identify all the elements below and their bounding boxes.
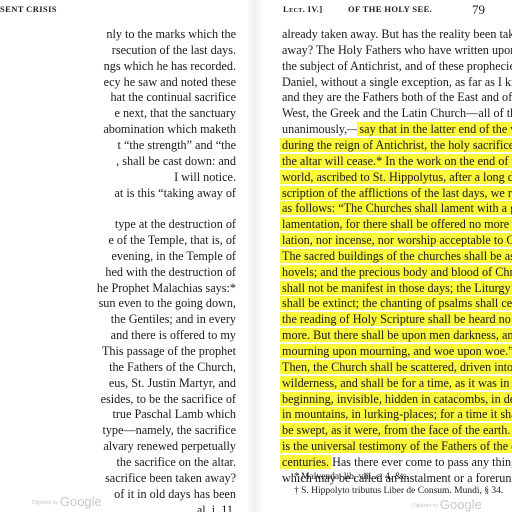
right-page: Lect. IV.] OF THE HOLY SEE. 79 already t… [262, 0, 512, 512]
highlighted-text: beginning, invisible, hidden in catacomb… [280, 392, 512, 406]
highlighted-text: the reading of Holy Scripture shall be h… [280, 312, 512, 326]
highlighted-text: lamentation, for there shall be offered … [280, 217, 512, 231]
highlighted-text: in mountains, in lurking-places; for a t… [280, 407, 512, 421]
highlighted-text: wilderness, and shall be for a time, as … [280, 376, 512, 390]
text-segment: Daniel, without a single exception, as f… [282, 75, 512, 89]
text-line: the Fathers of the Church, [109, 359, 236, 375]
google-watermark-left: Digitized byGoogle [32, 494, 102, 509]
highlighted-text: more. But there shall be upon men darkne… [280, 328, 512, 342]
text-line: Daniel, without a single exception, as f… [282, 74, 500, 90]
text-segment: Has there ever come to pass any thing [329, 455, 512, 469]
text-line: during the reign of Antichrist, the holy… [282, 137, 500, 153]
text-line: scription of the afflictions of the last… [282, 185, 500, 201]
text-line: I will notice. [174, 169, 236, 185]
text-line: esides, to be the sacrifice of [101, 391, 236, 407]
text-line: alvary renewed perpetually [103, 438, 236, 454]
text-line: shall be extinct; the chanting of psalms… [282, 295, 500, 311]
text-line: lamentation, for there shall be offered … [282, 216, 500, 232]
text-line: in mountains, in lurking-places; for a t… [282, 406, 500, 422]
text-line: be swept, as it were, from the face of t… [282, 422, 500, 438]
highlighted-text: is the universal testimony of the Father… [280, 439, 512, 453]
highlighted-text: shall not be manifest in those days; the… [280, 281, 512, 295]
text-line: shall not be manifest in those days; the… [282, 280, 500, 296]
text-line: e next, that the sanctuary [115, 105, 237, 121]
highlighted-text: The sacred buildings of the churches sha… [280, 249, 512, 263]
text-line: world, ascribed to St. Hippolytus, after… [282, 169, 500, 185]
text-line: hat the continual sacrifice [110, 89, 236, 105]
text-line: away? The Holy Fathers who have written … [282, 42, 500, 58]
text-line: rsecution of the last days. [112, 42, 236, 58]
text-segment: already taken away. But has the reality … [282, 27, 512, 41]
text-line: of it in old days has been [114, 486, 236, 502]
text-line: unanimously,—say that in the latter end … [282, 121, 500, 137]
highlighted-text: lation, nor incense, nor worship accepta… [280, 233, 512, 247]
text-line: This passage of the prophet [102, 343, 236, 359]
book-gutter [248, 0, 262, 512]
highlighted-text: mourning upon mourning, and woe upon woe… [280, 344, 512, 358]
text-line: more. But there shall be upon men darkne… [282, 327, 500, 343]
highlighted-text: say that in the latter end of the world, [357, 122, 512, 136]
text-line: eus, St. Justin Martyr, and [109, 375, 236, 391]
text-segment: and they are the Fathers both of the Eas… [282, 90, 512, 104]
google-watermark-right: Digitized byGoogle [412, 497, 482, 512]
highlighted-text: during the reign of Antichrist, the holy… [280, 138, 512, 152]
text-line: is the universal testimony of the Father… [282, 438, 500, 454]
text-line: ecy he saw and noted these [104, 74, 236, 90]
highlighted-text: shall be extinct; the chanting of psalms… [280, 296, 512, 310]
lecture-header: Lect. IV.] [283, 4, 323, 14]
text-line: , shall be cast down: and [116, 153, 236, 169]
text-line: and they are the Fathers both of the Eas… [282, 89, 500, 105]
text-line: evening, in the Temple of [112, 248, 237, 264]
text-line: e of the Temple, that is, of [108, 232, 236, 248]
text-line: already taken away. But has the reality … [282, 26, 500, 42]
text-line: at is this “taking away of [114, 185, 236, 201]
text-line: lation, nor incense, nor worship accepta… [282, 232, 500, 248]
highlighted-text: as follows: “The Churches shall lament w… [280, 201, 512, 215]
text-line: ngs which he has recorded. [104, 58, 236, 74]
text-line: wilderness, and shall be for a time, as … [282, 375, 500, 391]
text-line: sun even to the going down, [99, 295, 236, 311]
highlighted-text: centuries. [280, 455, 331, 469]
text-line: type at the destruction of [115, 216, 236, 232]
page-number: 79 [472, 2, 485, 18]
text-segment: the subject of Antichrist, and of these … [282, 59, 512, 73]
text-line: the sacrifice on the altar. [117, 454, 236, 470]
text-line: hovels; and the precious body and blood … [282, 264, 500, 280]
text-line: the altar will cease.* In the work on th… [282, 153, 500, 169]
text-segment: West, the Greek and the Latin Church—all… [282, 106, 512, 120]
text-line: al. i. 11. [197, 502, 236, 512]
chapter-header: OF THE HOLY SEE. [348, 4, 432, 14]
text-line: mourning upon mourning, and woe upon woe… [282, 343, 500, 359]
left-running-header: SENT CRISIS [0, 4, 57, 14]
text-segment: away? The Holy Fathers who have written … [282, 43, 512, 57]
text-line: sacrifice been taken away? [105, 470, 236, 486]
highlighted-text: hovels; and the precious body and blood … [280, 265, 512, 279]
text-line: Then, the Church shall be scattered, dri… [282, 359, 500, 375]
text-line: the subject of Antichrist, and of these … [282, 58, 500, 74]
highlighted-text: the altar will cease.* In the work on th… [280, 154, 512, 168]
footnote-2: † S. Hippolyto tributus Liber de Consum.… [294, 486, 503, 496]
text-line: true Paschal Lamb which [112, 406, 236, 422]
text-line: the reading of Holy Scripture shall be h… [282, 311, 500, 327]
text-line: the Gentiles; and in every [111, 311, 236, 327]
footnote-1: * Malvenda, lib. viii. c. 4, &c. [294, 472, 409, 482]
left-page: SENT CRISIS nly to the marks which thers… [0, 0, 250, 512]
text-line: as follows: “The Churches shall lament w… [282, 200, 500, 216]
text-line: t “the strength” and “the [118, 137, 236, 153]
text-line: centuries. Has there ever come to pass a… [282, 454, 500, 470]
highlighted-text: Then, the Church shall be scattered, dri… [280, 360, 512, 374]
text-line: West, the Greek and the Latin Church—all… [282, 105, 500, 121]
highlighted-text: scription of the afflictions of the last… [280, 186, 512, 200]
text-line: The sacred buildings of the churches sha… [282, 248, 500, 264]
text-line: type—namely, the sacrifice [102, 422, 236, 438]
highlighted-text: world, ascribed to St. Hippolytus, after… [280, 170, 512, 184]
highlighted-text: be swept, as it were, from the face of t… [280, 423, 512, 437]
text-line: and there is offered to my [111, 327, 236, 343]
text-line: he Prophet Malachias says:* [97, 280, 236, 296]
text-line: hed with the destruction of [105, 264, 236, 280]
text-segment: unanimously,— [282, 122, 359, 136]
text-line: nly to the marks which the [106, 26, 236, 42]
text-line: beginning, invisible, hidden in catacomb… [282, 391, 500, 407]
text-line: abomination which maketh [103, 121, 236, 137]
